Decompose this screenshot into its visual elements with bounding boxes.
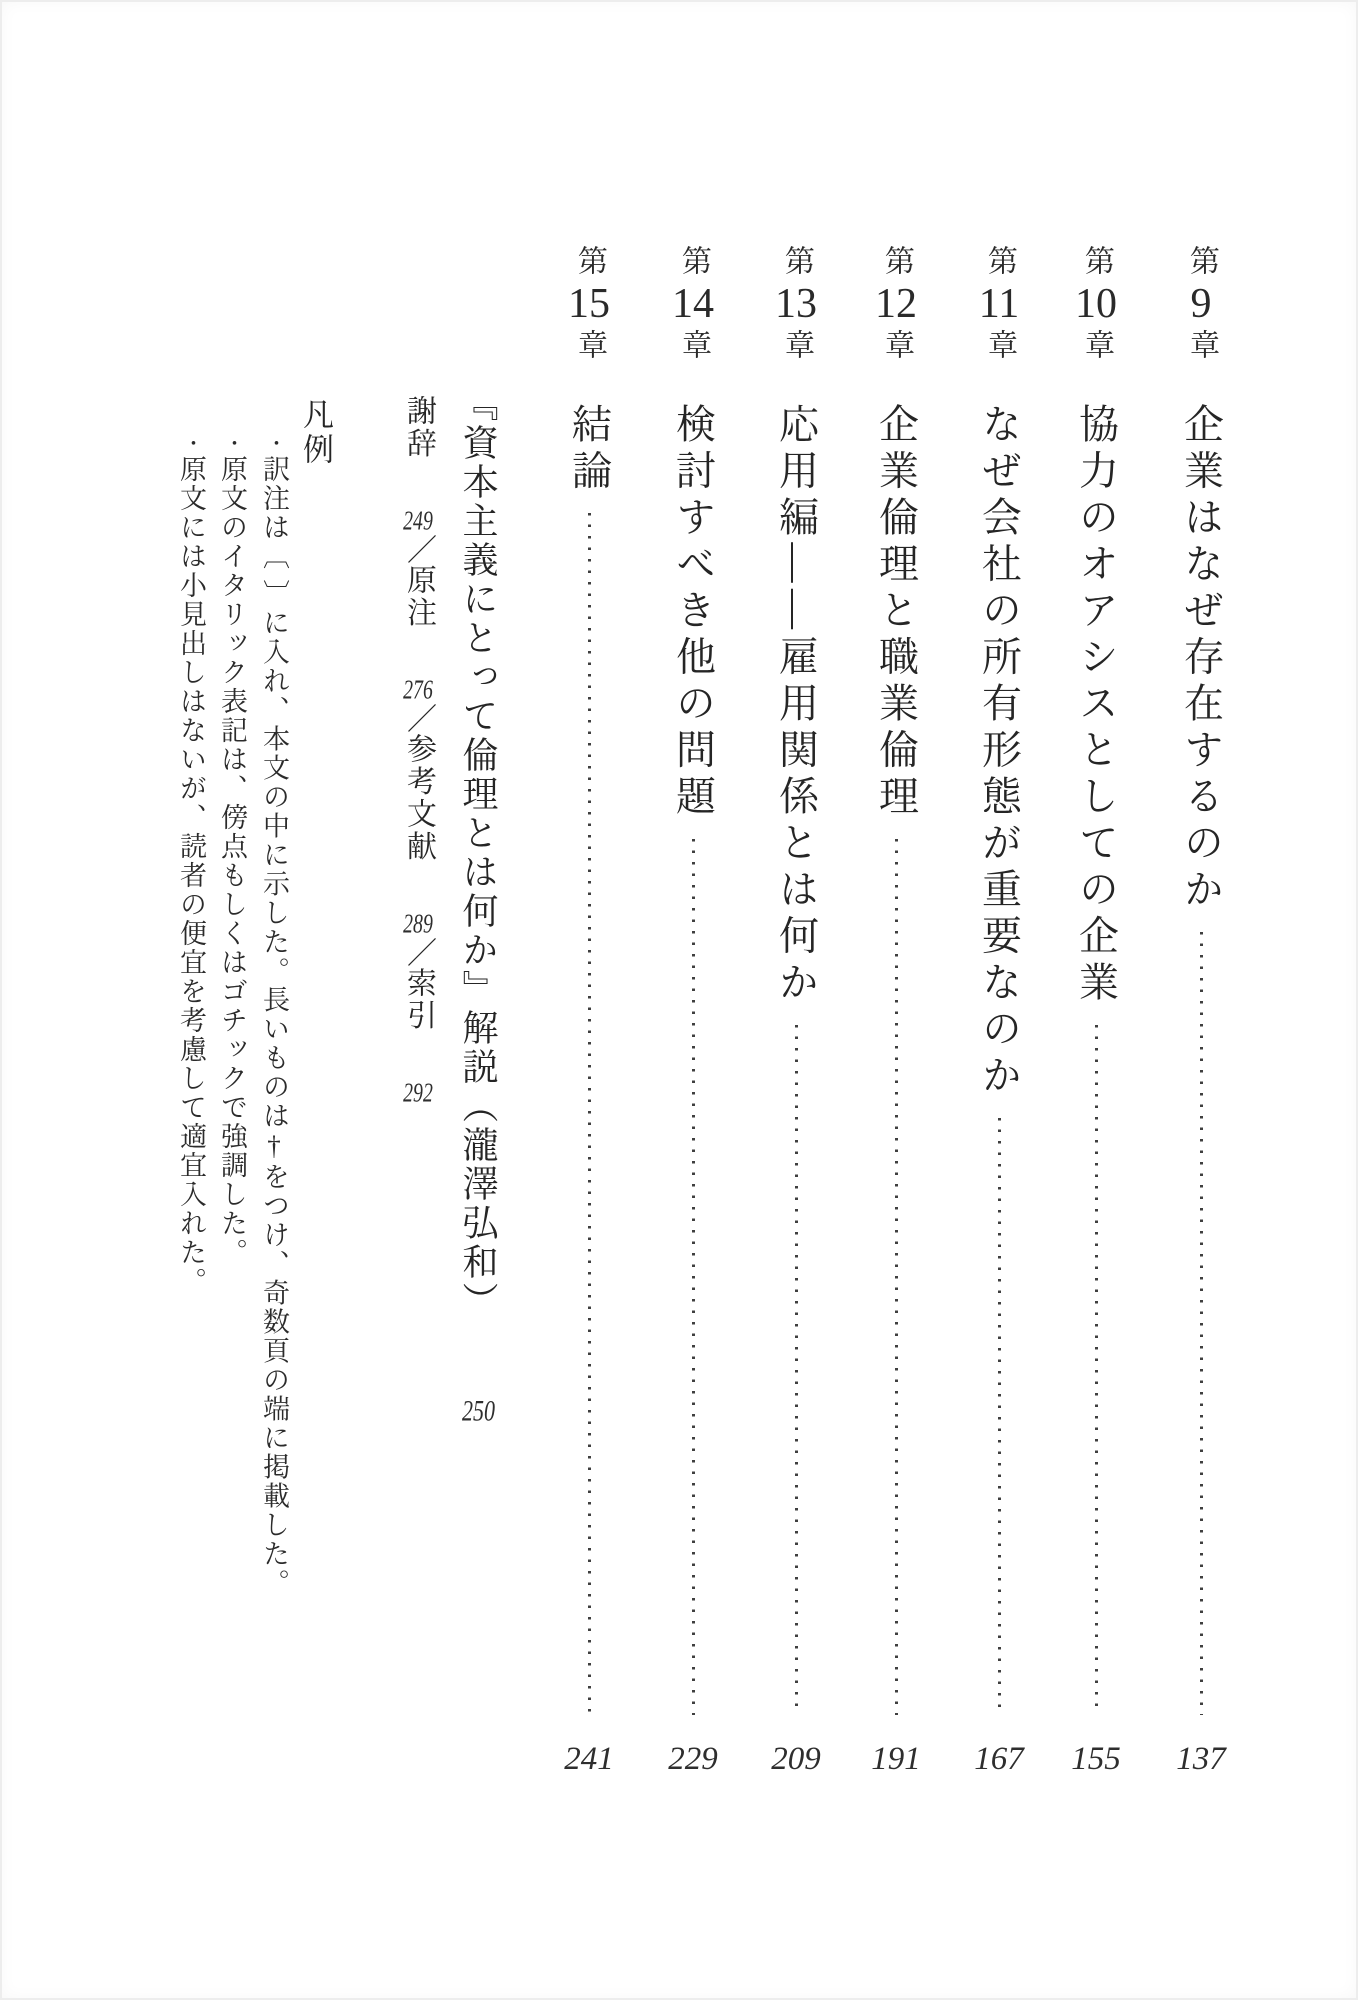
chapter-prefix: 第 bbox=[677, 245, 710, 279]
chapter-page-number: 191 bbox=[863, 1738, 929, 1780]
back-matter-label: 原注 bbox=[402, 564, 435, 629]
back-matter-page-number: 276 bbox=[403, 676, 433, 703]
chapter-number: 9 bbox=[1178, 279, 1224, 329]
back-matter-label: 索引 bbox=[402, 967, 435, 1032]
toc-chapter-entry: 第11章 なぜ会社の所有形態が重要なのか 167 bbox=[966, 245, 1032, 1780]
chapter-number: 15 bbox=[566, 279, 612, 329]
hanrei-item-text: 原文には小見出しはないが、読者の便宜を考慮して適宜入れた。 bbox=[176, 455, 206, 1296]
chapter-number: 12 bbox=[873, 279, 919, 329]
back-matter-page-number: 292 bbox=[403, 1079, 433, 1106]
chapter-suffix: 章 bbox=[880, 329, 913, 363]
separator-slash: ／ bbox=[402, 534, 435, 564]
toc-chapter-entry: 第10章 協力のオアシスとしての企業 155 bbox=[1063, 245, 1129, 1780]
chapter-suffix: 章 bbox=[983, 329, 1016, 363]
back-matter-label: 謝辞 bbox=[402, 395, 435, 460]
bullet-glyph: ・ bbox=[263, 433, 285, 453]
chapter-page-number: 155 bbox=[1063, 1738, 1129, 1780]
bullet-glyph: ・ bbox=[180, 433, 202, 453]
hanrei-item-text: 原文のイタリック表記は、傍点もしくはゴチックで強調した。 bbox=[217, 455, 247, 1267]
chapter-label: 第14章 bbox=[669, 245, 717, 363]
separator-slash: ／ bbox=[402, 937, 435, 967]
chapter-page-number: 229 bbox=[660, 1738, 726, 1780]
back-matter-entry: 謝辞249／原注276／参考文献289／索引292 bbox=[396, 395, 440, 1106]
kaisetsu-page-number: 250 bbox=[462, 1396, 495, 1426]
hanrei-item: ・原文のイタリック表記は、傍点もしくはゴチックで強調した。 bbox=[220, 433, 252, 1267]
chapter-title: 企業倫理と職業倫理 bbox=[868, 403, 925, 822]
hanrei-item: ・訳注は〔 〕に入れ、本文の中に示した。長いものは†をつけ、奇数頁の端に掲載した… bbox=[262, 433, 294, 1598]
chapter-label: 第10章 bbox=[1072, 245, 1120, 363]
hanrei-item-text: 訳注は〔 〕に入れ、本文の中に示した。長いものは†をつけ、奇数頁の端に掲載した。 bbox=[259, 455, 289, 1598]
dotted-leader bbox=[795, 1025, 798, 1716]
chapter-label: 第11章 bbox=[975, 245, 1023, 363]
chapter-prefix: 第 bbox=[983, 245, 1016, 279]
chapter-suffix: 章 bbox=[573, 329, 606, 363]
toc-chapter-entry: 第15章 結論 241 bbox=[556, 245, 622, 1780]
hanrei-item: ・原文には小見出しはないが、読者の便宜を考慮して適宜入れた。 bbox=[179, 433, 211, 1296]
chapter-page-number: 137 bbox=[1168, 1738, 1234, 1780]
dotted-leader bbox=[692, 839, 695, 1716]
chapter-title: 応用編――雇用関係とは何か bbox=[768, 403, 825, 1008]
separator-slash: ／ bbox=[402, 703, 435, 733]
chapter-title: 検討すべき他の問題 bbox=[665, 403, 722, 822]
toc-chapter-entry: 第13章 応用編――雇用関係とは何か 209 bbox=[763, 245, 829, 1780]
toc-chapter-entry: 第9章 企業はなぜ存在するのか 137 bbox=[1168, 245, 1234, 1780]
chapter-label: 第13章 bbox=[772, 245, 820, 363]
chapter-prefix: 第 bbox=[1185, 245, 1218, 279]
dotted-leader bbox=[1200, 932, 1203, 1716]
kaisetsu-title: 『資本主義にとって倫理とは何か』解説（瀧澤弘和） bbox=[458, 385, 498, 1321]
chapter-label: 第15章 bbox=[565, 245, 613, 363]
chapter-suffix: 章 bbox=[1080, 329, 1113, 363]
chapter-page-number: 167 bbox=[966, 1738, 1032, 1780]
chapter-label: 第9章 bbox=[1177, 245, 1225, 363]
toc-chapter-entry: 第12章 企業倫理と職業倫理 191 bbox=[863, 245, 929, 1780]
chapter-number: 14 bbox=[670, 279, 716, 329]
chapter-prefix: 第 bbox=[573, 245, 606, 279]
dotted-leader bbox=[998, 1118, 1001, 1716]
chapter-title: 企業はなぜ存在するのか bbox=[1173, 403, 1230, 915]
chapter-prefix: 第 bbox=[1080, 245, 1113, 279]
chapter-title: 協力のオアシスとしての企業 bbox=[1068, 403, 1125, 1008]
chapter-prefix: 第 bbox=[880, 245, 913, 279]
chapter-title: 結論 bbox=[561, 403, 618, 496]
chapter-suffix: 章 bbox=[780, 329, 813, 363]
chapter-number: 11 bbox=[976, 279, 1022, 329]
chapter-prefix: 第 bbox=[780, 245, 813, 279]
chapter-page-number: 241 bbox=[556, 1738, 622, 1780]
dotted-leader bbox=[588, 513, 591, 1715]
chapter-suffix: 章 bbox=[1185, 329, 1218, 363]
hanrei-heading: 凡例 bbox=[302, 398, 338, 468]
chapter-number: 13 bbox=[773, 279, 819, 329]
back-matter-page-number: 249 bbox=[403, 507, 433, 534]
chapter-label: 第12章 bbox=[872, 245, 920, 363]
toc-chapter-entry: 第14章 検討すべき他の問題 229 bbox=[660, 245, 726, 1780]
chapter-number: 10 bbox=[1073, 279, 1119, 329]
kaisetsu-entry: 『資本主義にとって倫理とは何か』解説（瀧澤弘和）250 bbox=[456, 385, 504, 1426]
back-matter-page-number: 289 bbox=[403, 910, 433, 937]
chapter-title: なぜ会社の所有形態が重要なのか bbox=[971, 403, 1028, 1101]
book-toc-page: 第9章 企業はなぜ存在するのか 137 第10章 協力のオアシスとしての企業 1… bbox=[0, 0, 1358, 2000]
chapter-page-number: 209 bbox=[763, 1738, 829, 1780]
chapter-suffix: 章 bbox=[677, 329, 710, 363]
dotted-leader bbox=[895, 839, 898, 1716]
bullet-glyph: ・ bbox=[221, 433, 243, 453]
back-matter-label: 参考文献 bbox=[402, 733, 435, 863]
dotted-leader bbox=[1095, 1025, 1098, 1716]
